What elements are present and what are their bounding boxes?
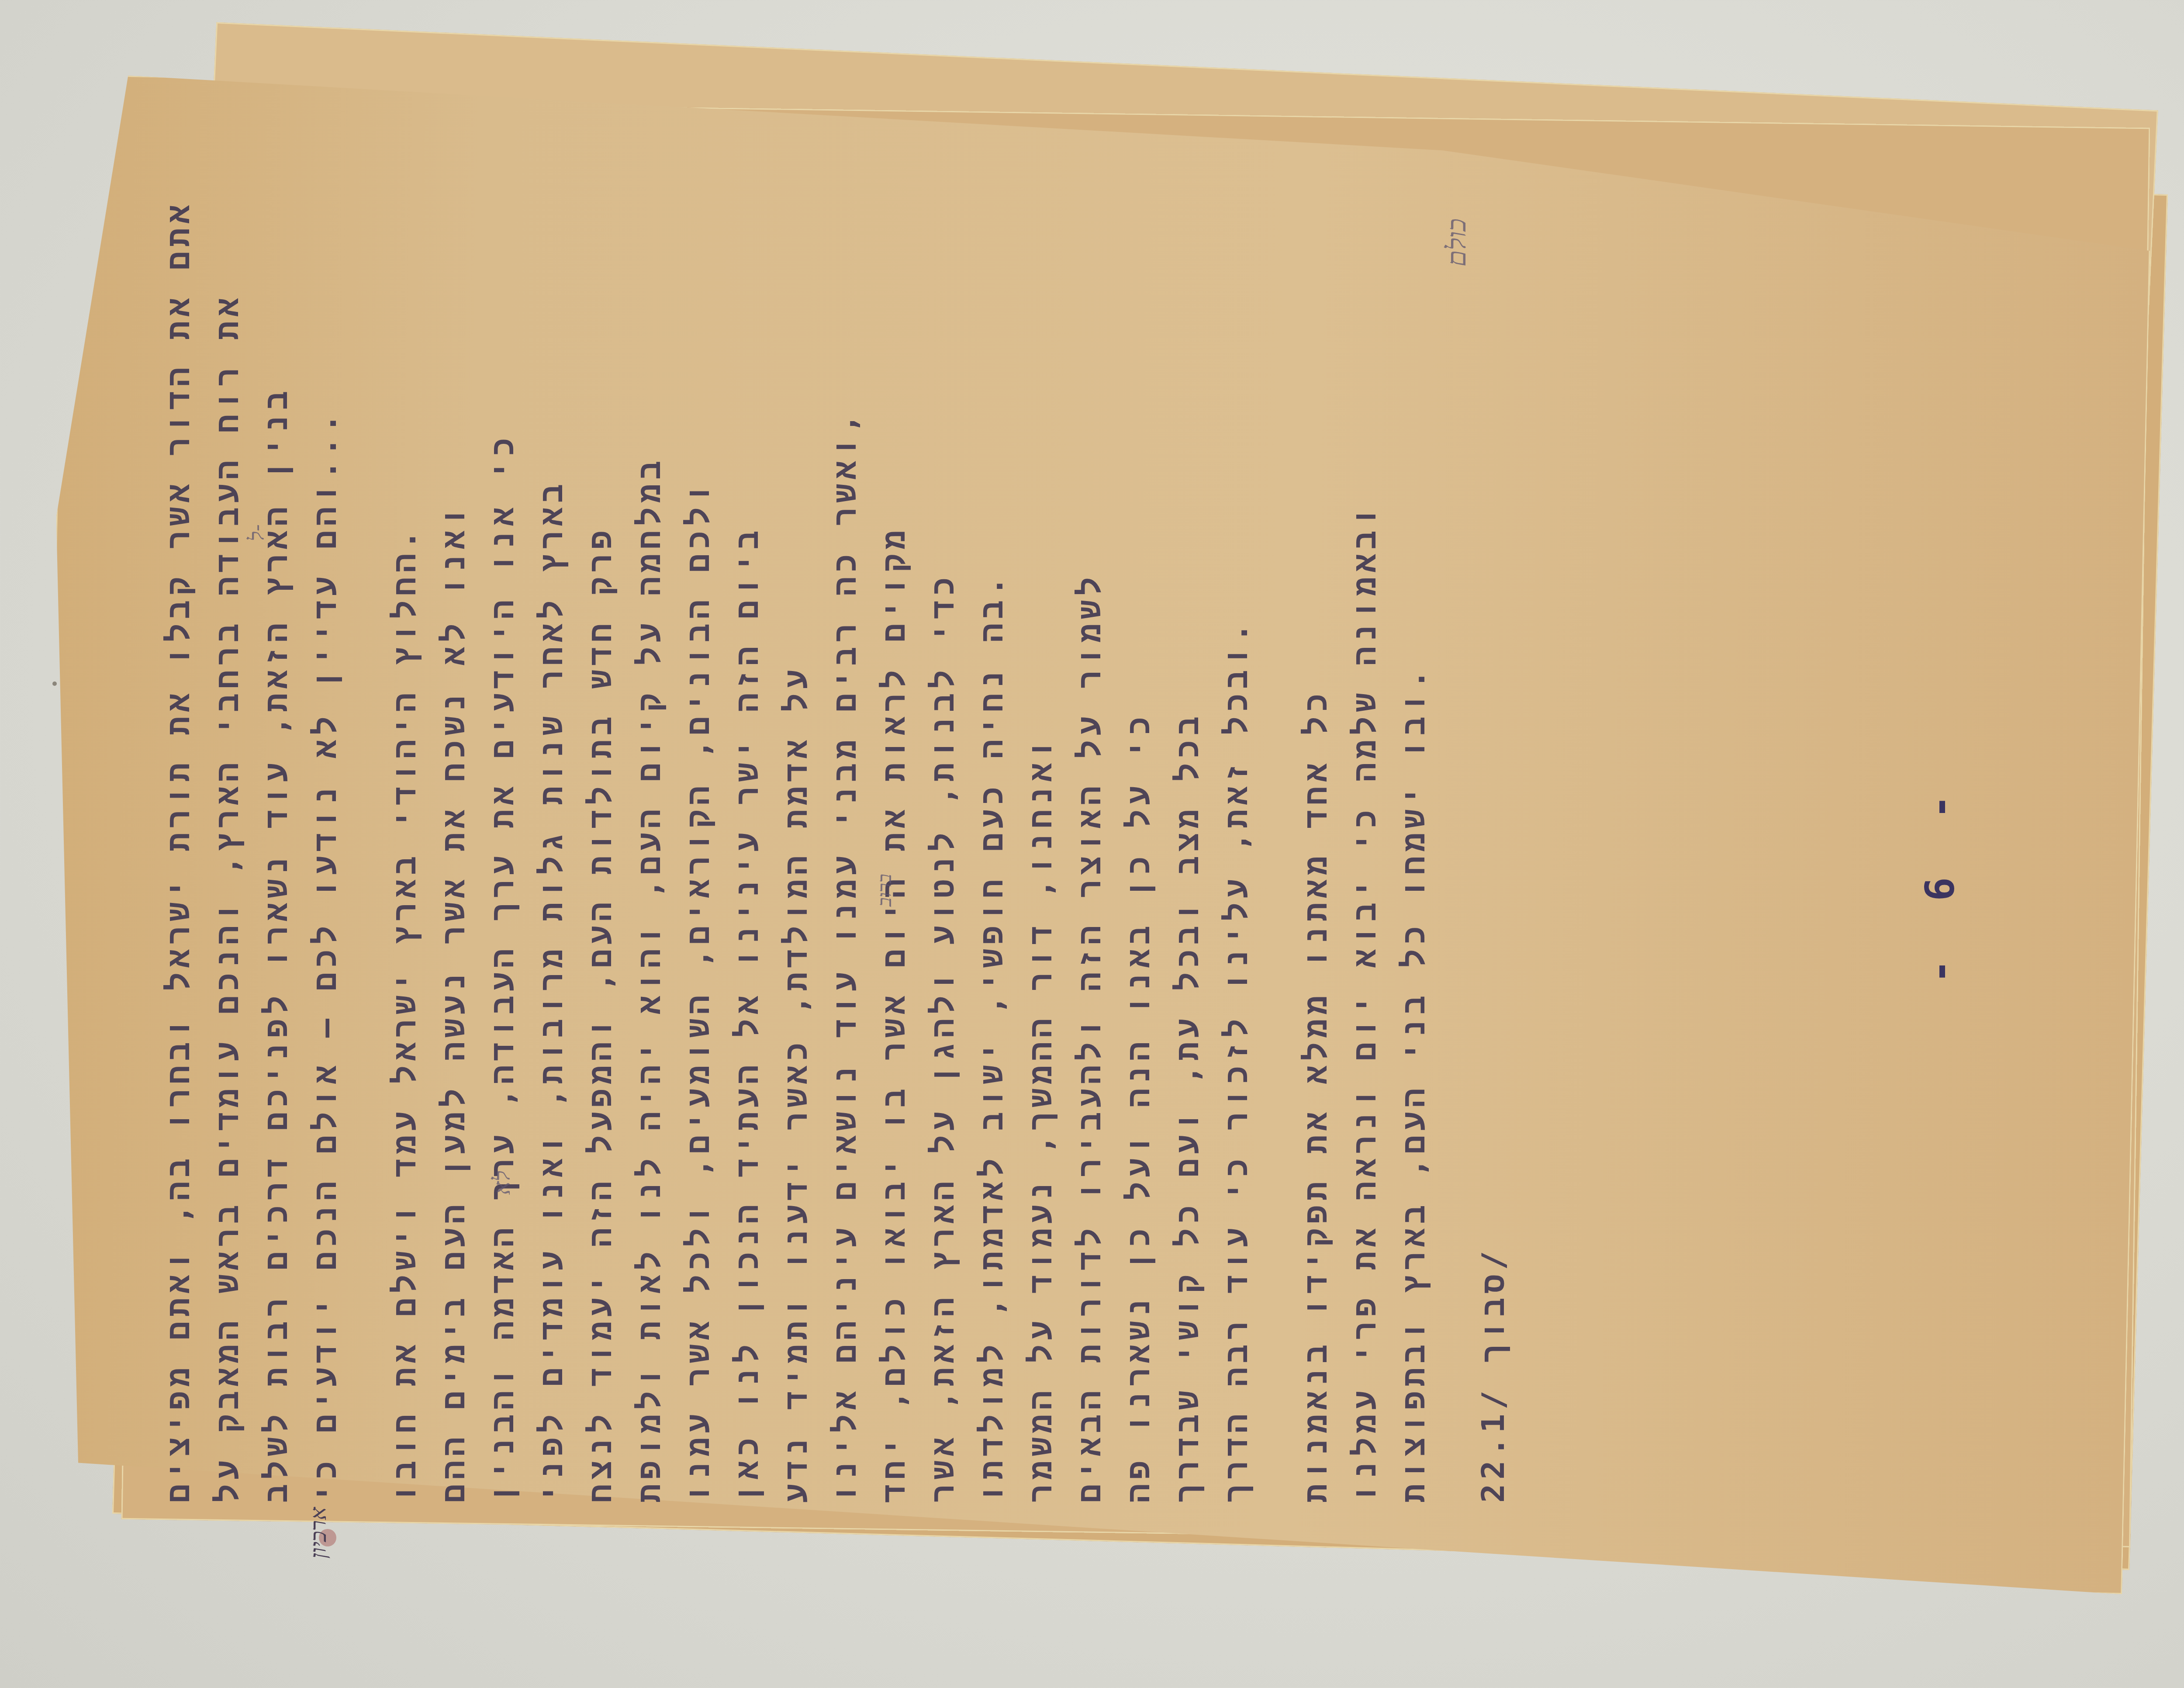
typed-line: אתם את הדור אשר קבלו את תורת ישראל ובחרו… [157, 166, 206, 1503]
typed-line: ובכל זאת, עלינו לזכור כי עוד רבה הדרך. [1215, 166, 1264, 1503]
typed-text-block: אתם את הדור אשר קבלו את תורת ישראל ובחרו… [157, 166, 1992, 1520]
typed-line: מקוים לראות את היום אשר בו יבואו כולם, י… [873, 166, 922, 1503]
typed-line: על אדמת המולדת, כאשר ידענו ותמיד נדע [775, 166, 824, 1503]
typed-line: כי על כן באנו הנה ועל כן נשארנו פה [1117, 166, 1166, 1503]
typed-line: סבוך /22.1/ [1472, 166, 1521, 1503]
typed-line: והם עדיין לא נודעו לכם – אולם הנכם יודעי… [304, 166, 353, 1503]
typed-line: לשמור על האוצר הזה ולהעבירו לדורות הבאים [1068, 166, 1117, 1503]
typed-line: ביום הזה ישר עינינו אל העתיד הנכון לנו כ… [726, 166, 775, 1503]
typed-line: כדי לבנות, לנטוע ולהגן על הארץ הזאת, אשר [922, 166, 971, 1503]
typed-line [1441, 166, 1472, 1503]
typed-line: ואשר כה רבים מבני עמנו עוד נושאים עיניהם… [824, 166, 873, 1503]
typed-line: ואנו לא נשכח את אשר נעשה למען העם בימים … [432, 166, 481, 1503]
handwritten-annotation: ל- [245, 524, 269, 541]
typed-line: בארץ לאחר שנות גלות מרובות, ואנו עומדים … [530, 166, 579, 1503]
typed-line: בה נחיה כעם חופשי, ישוב לאדמתו, למולדתו. [971, 166, 1019, 1503]
typed-line: ובאמונה שלמה כי יבוא יום ונראה את פרי עמ… [1344, 166, 1393, 1503]
handwritten-annotation: ברוב [874, 874, 896, 906]
typed-line: החלוץ היהודי בארץ ישראל עמד וישלם את חוב… [384, 166, 432, 1503]
typed-line: ובו ישמחו כל בני העם, בארץ ובתפוצות. [1393, 166, 1441, 1503]
typed-line: ולכם הבונים, הקוראים, השומעים, ולכל אשר … [677, 166, 726, 1503]
handwritten-annotation: לא [489, 1171, 515, 1195]
typed-line [1264, 166, 1295, 1503]
handwritten-annotation: כולם [1441, 218, 1472, 266]
typed-line: כל אחד מאתנו ממלא את תפקידו בנאמנות [1295, 166, 1344, 1503]
typed-line: ואנחנו, דור ההמשך, נעמוד על המשמר [1019, 166, 1068, 1503]
margin-note: ארכיון [306, 1507, 331, 1559]
desk-speck [52, 681, 57, 686]
typed-line: את רוח העבודה ברחבי הארץ, והנכם עומדים ב… [206, 166, 255, 1503]
typed-line: בכל מצב ובכל עת, ועם כל קושי שבדרך [1166, 166, 1215, 1503]
typed-line: פרק חדש בתולדות העם, והמפעל הזה יעמוד לנ… [579, 166, 628, 1503]
page-number: - 6 - [1918, 778, 1963, 983]
typed-line: בנין הארץ הזאת, עוד נשארו לפניכם דרכים ר… [255, 166, 304, 1503]
typed-line: במלחמה על קיום העם, והוא יהיה לנו לאות ו… [628, 166, 677, 1503]
typed-line [353, 166, 384, 1503]
typed-line: כי אנו היודעים את ערך העבודה, ערך האדמה … [481, 166, 530, 1503]
